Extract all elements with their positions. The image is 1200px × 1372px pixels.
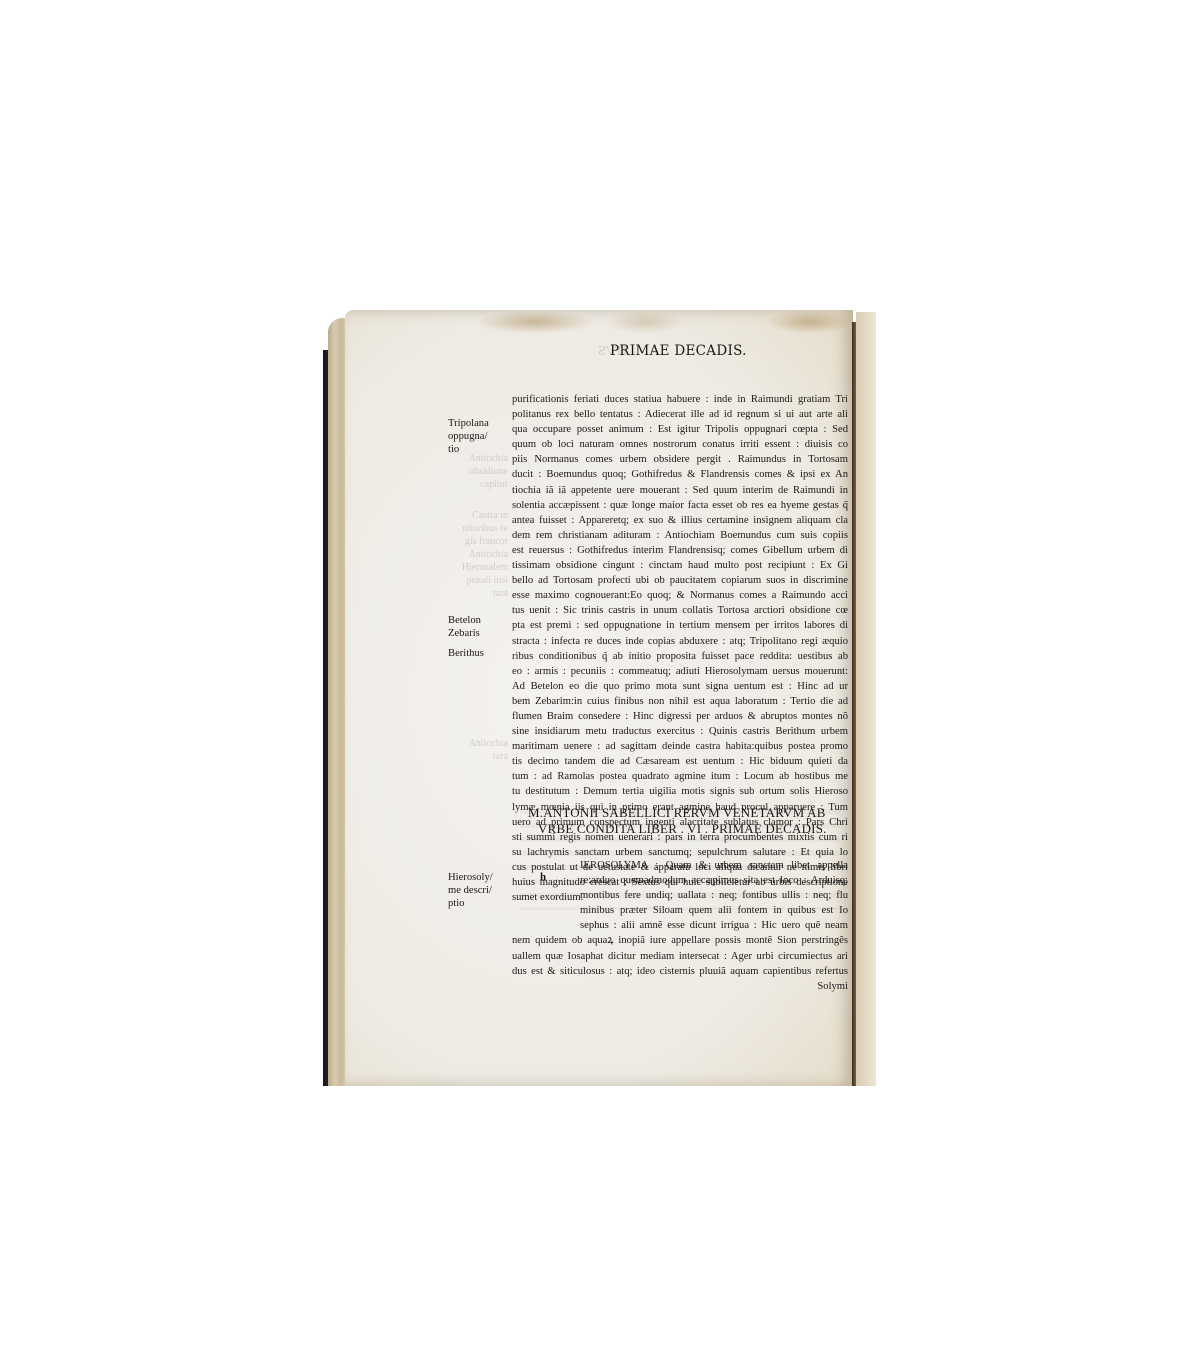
margin-note-line: Betelon [448,614,481,627]
text-line: dus est & siticulosus : atq; ideo cister… [512,964,848,979]
margin-note: Hierosoly/me descri/ptio [448,871,493,910]
text-line: pta est premi : sed oppugnatione in tert… [512,618,848,633]
text-line: bello ad Tortosam profecti ubi ob paucit… [512,573,848,588]
margin-note-line: oppugna/ [448,430,489,443]
margin-note-line: Tripolana [448,417,489,430]
text-line: flumen Braim consedere : Hinc digressi p… [512,709,848,724]
text-line: bem Zebarim:in cuius finibus non nihil e… [512,694,848,709]
text-line: sine insidiarum metu traductus exercitus… [512,724,848,739]
text-line: dem rem christianam adituram : Antiochia… [512,528,848,543]
text-line: tus uenit : Sic trinis castris in unum c… [512,603,848,618]
show-through-margin-note: Castra innitoribus regis francorAntiochi… [458,509,508,600]
text-line: stracta : infecta re duces inde copias a… [512,634,848,649]
text-line: eo : armis : pecuniis : commeatuq; adiut… [512,664,848,679]
margin-note: Tripolanaoppugna/tio [448,417,489,456]
text-line: ribus conditionibus q̃ ab initio proposi… [512,649,848,664]
text-line: piis Normanus comes urbem obsidere pergi… [512,452,848,467]
margin-note-line: Berithus [448,647,484,660]
chapter-text: IEROSOLYMA : Quam & urbem sanctam libet … [512,858,848,994]
text-line: minibus præter Siloam quem alii fontem i… [512,903,848,918]
foxing-stain [475,310,595,334]
text-line: montibus fere undiq; uallata : neq; font… [512,888,848,903]
text-line: maritimam uenere : ad sagittam deinde ca… [512,739,848,754]
book-heading: M.ANTONII SABELLICI RERVM VENETARVM AB V… [528,805,827,837]
margin-note-line: Hierosoly/ [448,871,493,884]
text-line: tiochia iã iã appetente uere mouerant : … [512,483,848,498]
text-line: esse maximo cognouerant:Eo quoq; & Norma… [512,588,848,603]
text-line: qua occupare posset animum : Est igitur … [512,422,848,437]
text-line: est reuersus : Gothifredus interim Fland… [512,543,848,558]
text-line: politanus rex bello tentatus : Adiecerat… [512,407,848,422]
margin-note-line: Zebaris [448,627,481,640]
book-heading-line: M.ANTONII SABELLICI RERVM VENETARVM AB [528,805,826,820]
text-line: tissimam obsidione cingunt : cinctam hau… [512,558,848,573]
text-line: purificationis feriati duces statiua hab… [512,392,848,407]
text-line: re:arduo quemadmodum accæpimus sita est … [512,873,848,888]
foxing-stain [765,310,855,334]
text-line: Ad Betelon eo die quo primo mota sunt si… [512,679,848,694]
margin-note: BetelonZebaris [448,614,481,640]
show-through-margin-note: Antiochiarara [458,737,508,763]
text-line: sephus : alii amnẽ esse dicunt irrigua :… [512,918,848,933]
foxing-stain [605,310,685,334]
facing-page-edge [856,312,876,1086]
book-heading-line: VRBE CONDITA LIBER . VI . PRIMAE DECADIS… [528,821,827,837]
text-line: IEROSOLYMA : Quam & urbem sanctam libet … [512,858,848,873]
text-line: quum ob loci naturam omnes nostrorum con… [512,437,848,452]
text-line: antea fuisset : Appareretq; ex suo & ill… [512,513,848,528]
text-line: uallem quæ Iosaphat dicitur mediam inter… [512,949,848,964]
margin-note-line: me descri/ [448,884,493,897]
text-line: tis decimo tandem die ad Cæsaream est ue… [512,754,848,769]
show-through-margin-note: Antiochiaobsidionecapitur [458,452,508,491]
text-line: solentia accæpissent : quæ longe maior f… [512,498,848,513]
margin-note-line: ptio [448,897,493,910]
running-head: PRIMAE DECADIS. [610,343,747,359]
text-line: tum : ad Ramolas postea quadrato agmine … [512,769,848,784]
text-line: nem quidem ob aquaꝝ inopiã iure appellar… [512,933,848,948]
catchword: Solymi [512,979,848,994]
margin-note: Berithus [448,647,484,660]
text-line: tu destitutum : Demum tertia uigilia mot… [512,784,848,799]
text-line: ducit : Boemundus quoq; Gothifredus & Fl… [512,467,848,482]
